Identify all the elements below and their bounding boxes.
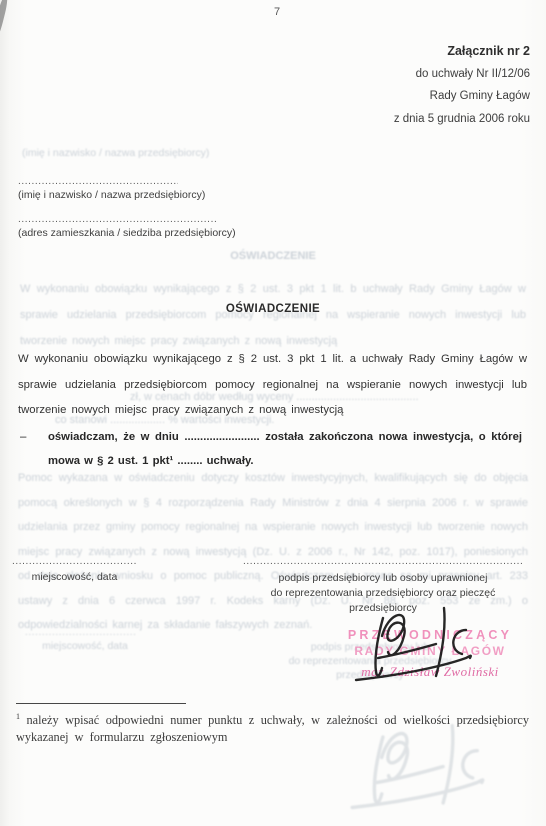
bleed-through-paragraph: W wykonaniu obowiązku wynikającego z § 2…	[20, 276, 526, 354]
footnote-text: należy wpisać odpowiedni numer punktu z …	[16, 713, 529, 744]
attachment-header: Załącznik nr 2 do uchwały Nr II/12/06 Ra…	[394, 40, 530, 130]
handwritten-signature	[338, 596, 488, 691]
bleed-through-label: miejscowość, data	[30, 640, 140, 652]
place-date-label: miejscowość, data	[12, 571, 137, 583]
council-name: Rady Gminy Łagów	[394, 85, 530, 108]
name-field-label: (imię i nazwisko / nazwa przedsiębiorcy)	[18, 189, 205, 201]
name-dotted-line: ........................................…	[18, 176, 178, 188]
footnote-separator	[16, 703, 186, 704]
bullet-dash: –	[20, 426, 48, 473]
signature-label-line: podpis przedsiębiorcy lub osoby uprawnio…	[243, 571, 523, 586]
bleed-through-heading: OŚWIADCZENIE	[0, 250, 546, 262]
statement-bullet-text: oświadczam, że w dniu ..................…	[48, 426, 522, 473]
footnote: 1 należy wpisać odpowiedni numer punktu …	[16, 709, 529, 745]
statement-bullet-row: – oświadczam, że w dniu ................…	[20, 426, 522, 473]
statement-heading: OŚWIADCZENIE	[0, 303, 546, 315]
attachment-title: Załącznik nr 2	[394, 40, 530, 63]
bleed-through-dotted-line: ........................................…	[25, 627, 137, 638]
bleed-through-text: (imię i nazwisko / nazwa przedsiębiorcy)	[22, 147, 252, 159]
scan-corner-artifact	[0, 0, 9, 40]
address-field-label: (adres zamieszkania / siedziba przedsięb…	[18, 227, 236, 239]
address-dotted-line: ........................................…	[18, 214, 216, 226]
statement-paragraph: W wykonaniu obowiązku wynikającego z § 2…	[18, 347, 527, 424]
footnote-marker: 1	[16, 712, 20, 721]
scanned-document-page: (imię i nazwisko / nazwa przedsiębiorcy)…	[0, 0, 546, 826]
page-number: 7	[274, 6, 280, 18]
signature-dotted-line: ........................................…	[243, 556, 523, 568]
resolution-reference: do uchwały Nr II/12/06	[394, 63, 530, 86]
place-date-dotted-line: ........................................…	[12, 556, 137, 568]
resolution-date: z dnia 5 grudnia 2006 roku	[394, 108, 530, 131]
